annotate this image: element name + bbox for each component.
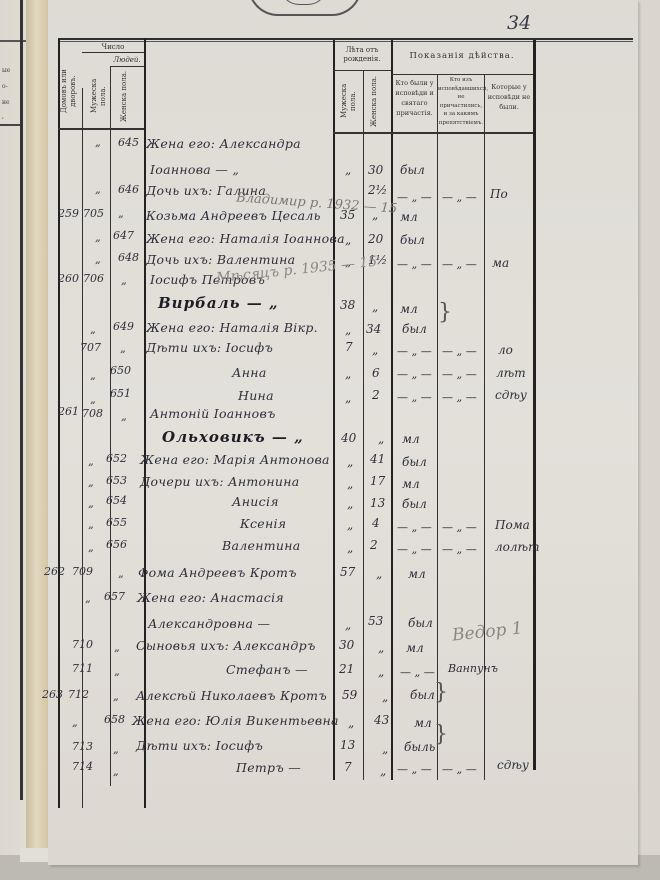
column-line <box>333 40 335 780</box>
confessed-mark: был <box>400 233 425 247</box>
female-number: 650 <box>110 364 131 377</box>
confessed-mark: — „ — <box>397 368 432 381</box>
female-number: 654 <box>106 494 127 507</box>
age-female: 17 <box>370 474 385 488</box>
confessed-mark: мл <box>400 302 418 316</box>
page-number: 34 <box>507 12 531 34</box>
person-name: Ioанновa — „ <box>150 162 239 177</box>
female-number: 658 <box>104 713 125 726</box>
header-rule <box>110 66 144 67</box>
male-number: „ <box>95 253 101 266</box>
age-male: „ <box>347 541 353 555</box>
confessed-mark: — „ — <box>397 391 432 404</box>
male-number: „ <box>88 476 94 489</box>
female-number: 647 <box>113 229 134 242</box>
person-name: Фома Андреевъ Кротъ <box>138 565 297 580</box>
person-surname: Ольховикъ — „ <box>162 428 304 446</box>
age-female: „ <box>372 343 378 357</box>
age-female: 4 <box>372 516 380 530</box>
confessed-mark: был <box>402 322 427 336</box>
person-name: Анна <box>232 365 267 380</box>
age-male: 7 <box>344 760 352 774</box>
bracket-mark: } <box>438 300 452 325</box>
age-female: 43 <box>374 713 389 727</box>
male-number: „ <box>90 393 96 406</box>
confessed-mark: был <box>408 616 433 630</box>
age-female: „ <box>378 432 384 446</box>
confessed-mark: был <box>410 688 435 702</box>
not-communed-mark: — „ — <box>442 391 477 404</box>
header-persons: Людей. <box>110 56 144 65</box>
household-number: 262 <box>44 565 65 578</box>
confessed-mark: был <box>402 497 427 511</box>
age-male: „ <box>347 477 353 491</box>
confessed-mark: мл <box>402 432 420 446</box>
household-number: 261 <box>58 405 79 418</box>
person-name: Петръ — <box>236 760 301 775</box>
female-number: „ <box>113 765 119 778</box>
age-male: „ <box>348 716 354 730</box>
left-page-text: ые <box>2 66 10 76</box>
header-bottom-rule <box>333 132 533 134</box>
male-number: „ <box>88 518 94 531</box>
header-rule <box>82 52 144 53</box>
female-number: „ <box>120 342 126 355</box>
male-number: 710 <box>72 638 93 651</box>
confessed-mark: — „ — <box>397 258 432 271</box>
age-male: „ <box>347 518 353 532</box>
female-number: 646 <box>118 183 139 196</box>
confessed-mark: мл <box>408 567 426 581</box>
male-number: „ <box>95 183 101 196</box>
age-female: 34 <box>366 322 381 336</box>
female-number: 653 <box>106 474 127 487</box>
female-number: 657 <box>104 590 125 603</box>
age-male: „ <box>347 497 353 511</box>
not-communed-mark: — „ — <box>442 191 477 204</box>
left-page-text: о- <box>2 82 8 92</box>
male-number: „ <box>72 716 78 729</box>
column-line <box>363 70 364 780</box>
household-number: 260 <box>58 272 79 285</box>
person-name: Жена его: Марія Антоновa <box>140 452 330 467</box>
confessed-mark: был <box>400 163 425 177</box>
person-name: Анисія <box>232 494 279 509</box>
age-female: 13 <box>370 496 385 510</box>
female-number: 656 <box>106 538 127 551</box>
bracket-mark: } <box>434 680 448 705</box>
female-number: „ <box>114 641 120 654</box>
not-communed-mark: — „ — <box>442 368 477 381</box>
female-number: 655 <box>106 516 127 529</box>
age-female: 30 <box>368 163 383 177</box>
left-page-text: , <box>2 112 4 122</box>
age-male: „ <box>345 391 351 405</box>
age-female: „ <box>378 641 384 655</box>
household-number: 263 <box>42 688 63 701</box>
person-name: Жена его: Александра <box>146 136 301 151</box>
age-male: 13 <box>340 738 355 752</box>
age-male: „ <box>345 618 351 632</box>
not-confessed-mark: Пома <box>495 518 530 532</box>
not-confessed-mark: лолѣт <box>495 540 539 554</box>
not-confessed-mark: сдѣу <box>495 388 527 402</box>
header-age-female: Женска пола. <box>370 74 384 128</box>
person-name: Дочери ихъ: Антонина <box>140 474 300 489</box>
age-female: 41 <box>370 452 385 466</box>
header-female: Женска пола. <box>120 68 134 124</box>
confessed-mark: — „ — <box>400 666 435 679</box>
age-female: 2 <box>370 538 378 552</box>
confessed-mark: мл <box>400 210 418 224</box>
age-male: 59 <box>342 688 357 702</box>
age-male: „ <box>345 323 351 337</box>
header-number: Число <box>84 43 142 52</box>
column-line <box>110 66 111 786</box>
age-male: 21 <box>339 662 354 676</box>
female-number: „ <box>114 665 120 678</box>
female-number: „ <box>121 410 127 423</box>
female-number: „ <box>118 207 124 220</box>
age-male: 38 <box>340 298 355 312</box>
confessed-mark: — „ — <box>397 763 432 776</box>
age-male: „ <box>347 455 353 469</box>
person-name: Антоній Іоанновъ <box>150 406 276 421</box>
not-communed-mark: — „ — <box>442 345 477 358</box>
not-communed-mark: — „ — <box>442 258 477 271</box>
person-name: Жена его: Наталія Іоанновa <box>146 231 345 246</box>
female-number: „ <box>118 567 124 580</box>
not-communed-mark: — „ — <box>442 543 477 556</box>
female-number: 652 <box>106 452 127 465</box>
confessed-mark: — „ — <box>397 543 432 556</box>
not-communed-mark: — „ — <box>442 521 477 534</box>
header-evidence: Показанія дѣйства. <box>392 52 532 61</box>
male-number: 711 <box>72 662 93 675</box>
column-line <box>437 74 438 780</box>
confessed-mark: быль <box>404 740 435 754</box>
header-not-confessed: Которые у исповѣди не были. <box>486 82 532 112</box>
person-name: Ксенія <box>240 516 286 531</box>
age-male: 7 <box>345 340 353 354</box>
person-name: Козьма Андреевъ Цесаль <box>146 208 321 223</box>
male-number: 707 <box>80 341 101 354</box>
age-female: 2 <box>372 388 380 402</box>
male-number: 705 <box>83 207 104 220</box>
person-name: Дѣти ихъ: Іосифъ <box>136 738 263 753</box>
age-female: 20 <box>368 232 383 246</box>
header-not-communed: Кто изъ исповѣдавшихся, не причастились,… <box>438 76 484 127</box>
age-female: „ <box>380 764 386 778</box>
bracket-mark: } <box>434 722 448 747</box>
female-number: 648 <box>118 251 139 264</box>
header-male: Мужеска пола. <box>90 68 104 124</box>
male-number: 712 <box>68 688 89 701</box>
age-female: „ <box>382 742 388 756</box>
not-confessed-mark: По <box>490 187 508 201</box>
confessed-mark: мл <box>414 716 432 730</box>
age-male: 30 <box>339 638 354 652</box>
female-number: 645 <box>118 136 139 149</box>
person-name: Жена его: Юлія Викентьевна <box>132 713 339 728</box>
female-number: „ <box>113 743 119 756</box>
age-male: „ <box>345 163 351 177</box>
left-page-rule <box>0 124 20 126</box>
male-number: „ <box>95 136 101 149</box>
age-female: „ <box>372 300 378 314</box>
header-age-male: Мужеска пола. <box>340 74 354 128</box>
person-name: Александровна — <box>148 616 270 631</box>
male-number: „ <box>85 592 91 605</box>
male-number: 713 <box>72 740 93 753</box>
age-female: „ <box>378 665 384 679</box>
column-line <box>391 40 393 780</box>
header-rule <box>391 74 533 75</box>
age-female: „ <box>382 690 388 704</box>
age-female: 2½ <box>368 183 387 197</box>
age-male: „ <box>345 367 351 381</box>
confessed-mark: мл <box>402 477 420 491</box>
male-number: „ <box>88 541 94 554</box>
age-male: „ <box>345 233 351 247</box>
male-number: 708 <box>82 407 103 420</box>
male-number: 706 <box>83 272 104 285</box>
female-number: „ <box>113 690 119 703</box>
male-number: „ <box>88 455 94 468</box>
age-female: 53 <box>368 614 383 628</box>
female-number: 649 <box>113 320 134 333</box>
confessed-mark: мл <box>406 641 424 655</box>
person-name: Алексѣй Николаевъ Кротъ <box>136 688 327 703</box>
person-surname: Вирбаль — „ <box>158 294 279 312</box>
not-communed-mark: — „ — <box>442 763 477 776</box>
left-page-border <box>20 0 23 800</box>
person-name: Валентина <box>222 538 301 553</box>
left-page-text: не <box>2 98 10 108</box>
male-number: „ <box>90 369 96 382</box>
not-confessed-mark: ма <box>492 256 509 270</box>
confessed-mark: — „ — <box>397 345 432 358</box>
confessed-mark: был <box>402 455 427 469</box>
age-male: 57 <box>340 565 355 579</box>
person-name: Стефанъ — <box>226 662 308 677</box>
person-name: Сыновья ихъ: Александръ <box>136 638 316 653</box>
person-name: Жена его: Наталія Вікр. <box>146 320 318 335</box>
header-who-confessed: Кто были у исповѣди и святаго причастія. <box>392 78 437 118</box>
not-communed-mark: Ванпунъ <box>448 662 498 675</box>
age-male: 40 <box>341 431 356 445</box>
header-bottom-rule <box>58 128 144 130</box>
age-female: „ <box>376 567 382 581</box>
person-name: Жена его: Анастасія <box>137 590 284 605</box>
male-number: „ <box>88 497 94 510</box>
female-number: „ <box>121 274 127 287</box>
household-number: 259 <box>58 207 79 220</box>
person-name: Дѣти ихъ: Іосифъ <box>146 340 273 355</box>
confessed-mark: — „ — <box>397 191 432 204</box>
age-female: 6 <box>372 366 380 380</box>
not-confessed-mark: ло <box>498 343 513 357</box>
header-age: Лѣта отъ рожденія. <box>334 46 390 64</box>
male-number: „ <box>90 323 96 336</box>
not-confessed-mark: сдѣу <box>497 758 529 772</box>
female-number: 651 <box>110 387 131 400</box>
column-line <box>533 40 536 770</box>
header-rule <box>333 70 391 71</box>
header-households: Домовъ или дворовъ. <box>60 58 80 124</box>
confessed-mark: — „ — <box>397 521 432 534</box>
male-number: „ <box>95 231 101 244</box>
not-confessed-mark: лѣт <box>496 366 526 380</box>
person-name: Нина <box>238 388 274 403</box>
male-number: 709 <box>72 565 93 578</box>
male-number: 714 <box>72 760 93 773</box>
